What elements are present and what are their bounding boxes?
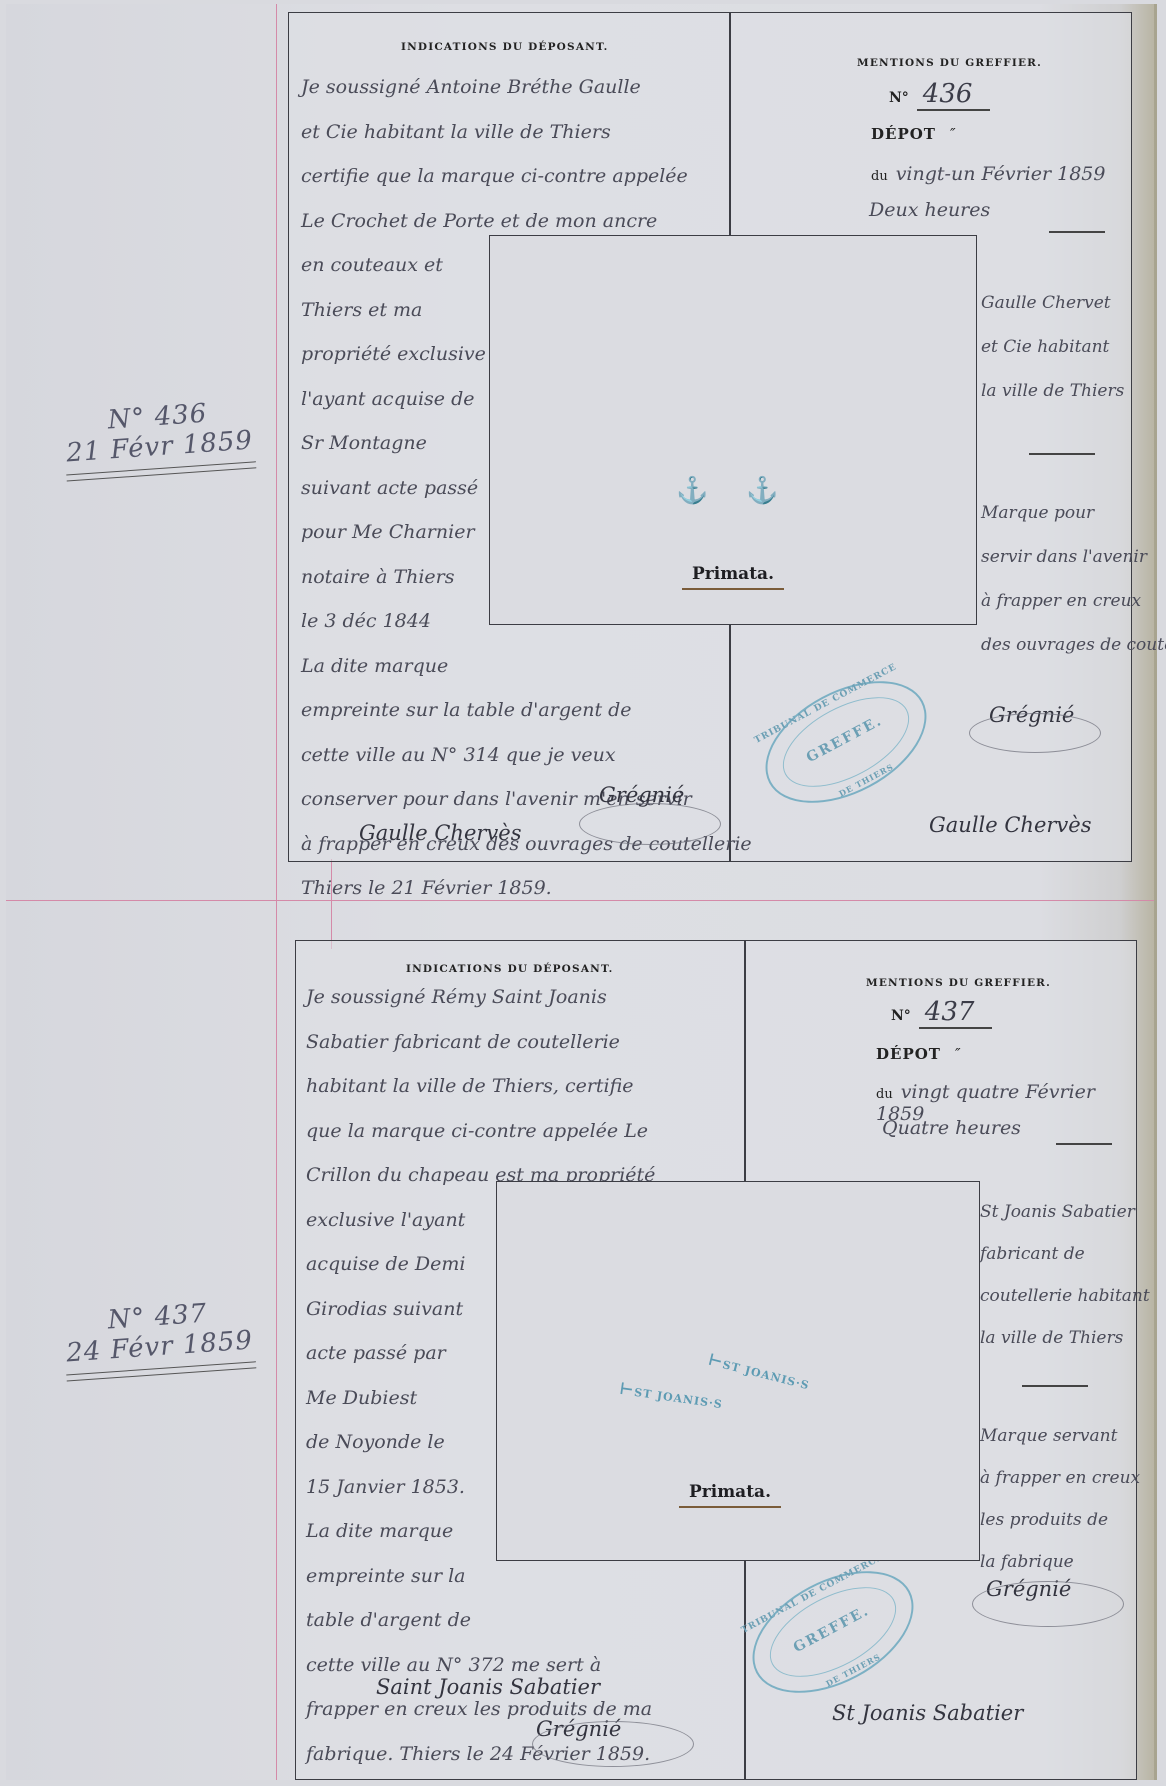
dash-rule bbox=[1029, 453, 1095, 455]
court-stamp: TRIBUNAL DE COMMERCE GREFFE. DE THIERS bbox=[732, 1546, 934, 1718]
court-stamp: TRIBUNAL DE COMMERCE GREFFE. DE THIERS bbox=[745, 656, 947, 828]
deposit-hour: Quatre heures bbox=[882, 1113, 1021, 1143]
deposit-hour: Deux heures bbox=[869, 195, 990, 225]
header-depositor: Indications du déposant. bbox=[401, 41, 608, 53]
deposit-date: duvingt-un Février 1859 bbox=[871, 163, 1105, 185]
dash-rule bbox=[1049, 231, 1105, 233]
anchor-mark-icon: ⚓ bbox=[746, 476, 778, 506]
header-clerk: Mentions du greffier. bbox=[866, 977, 1051, 989]
clerk-depositor-name: St Joanis Sabatier fabricant de coutelle… bbox=[980, 1191, 1150, 1359]
imprint-text: ⊢ST JOANIS·S bbox=[618, 1379, 724, 1412]
clerk-mark-purpose: Marque servant à frapper en creux les pr… bbox=[980, 1415, 1140, 1583]
header-depositor: Indications du déposant. bbox=[406, 963, 613, 975]
depositor-signature: Saint Joanis Sabatier bbox=[376, 1675, 600, 1699]
clerk-mark-purpose: Marque pour servir dans l'avenir à frapp… bbox=[981, 491, 1166, 667]
trademark-imprint-box: ⊢ST JOANIS·S ⊢ST JOANIS·S Primata. bbox=[496, 1181, 980, 1561]
header-clerk: Mentions du greffier. bbox=[857, 57, 1042, 69]
trademark-imprint-box: ⚓ ⚓ Primata. bbox=[489, 235, 977, 625]
depot-label: DÉPOT″ bbox=[876, 1045, 962, 1063]
depositor-signature: Gaulle Chervès bbox=[359, 821, 521, 845]
mark-label: Primata. bbox=[679, 1482, 781, 1508]
deposit-number: N°437 bbox=[891, 997, 992, 1027]
deposit-number: N°436 bbox=[889, 79, 990, 109]
margin-note-entry-2: N° 437 24 Févr 1859 bbox=[62, 1295, 257, 1381]
deposit-entry-436: Indications du déposant. Mentions du gre… bbox=[288, 12, 1132, 862]
signature-flourish bbox=[532, 1721, 694, 1767]
anchor-mark-icon: ⚓ bbox=[676, 476, 708, 506]
dash-rule bbox=[1056, 1143, 1112, 1145]
signature-flourish bbox=[969, 713, 1101, 753]
signature-flourish bbox=[579, 803, 721, 845]
deposit-entry-437: Indications du déposant. Mentions du gre… bbox=[295, 940, 1137, 1780]
imprint-text: ⊢ST JOANIS·S bbox=[706, 1350, 812, 1394]
mark-label: Primata. bbox=[682, 564, 784, 590]
dash-rule bbox=[1022, 1385, 1088, 1387]
clerk-depositor-signature: St Joanis Sabatier bbox=[832, 1701, 1023, 1725]
depot-label: DÉPOT″ bbox=[871, 125, 957, 143]
margin-rule-vertical bbox=[276, 4, 277, 1780]
clerk-depositor-signature: Gaulle Chervès bbox=[929, 813, 1091, 837]
register-page: N° 436 21 Févr 1859 N° 437 24 Févr 1859 … bbox=[6, 4, 1157, 1780]
clerk-depositor-name: Gaulle Chervet et Cie habitant la ville … bbox=[981, 281, 1124, 413]
margin-note-entry-1: N° 436 21 Févr 1859 bbox=[62, 395, 257, 481]
signature-flourish bbox=[972, 1581, 1124, 1627]
